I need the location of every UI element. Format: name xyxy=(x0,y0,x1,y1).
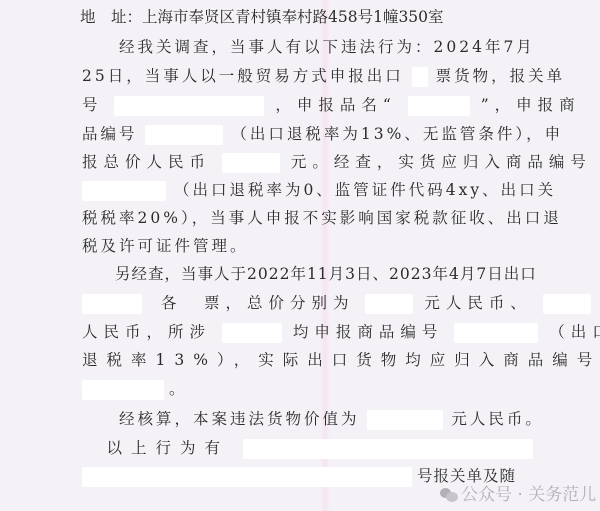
text: （出口 xyxy=(549,320,600,344)
paragraph-2-line-5: 。 xyxy=(82,377,184,401)
text: （出口退税率为0、监管证件代码4xy、出口关 xyxy=(174,178,556,202)
text: 报总价人民币 xyxy=(82,150,211,174)
redacted-amount xyxy=(543,294,591,314)
paragraph-1-line-4: 品编号 （出口退税率为13%、无监管条件），申 xyxy=(82,122,563,146)
address-text: 地 址：上海市奉贤区青村镇奉村路458号1幢350室 xyxy=(80,5,444,29)
paragraph-1-line-1: 经我关调查，当事人有以下违法行为：2024年7月 xyxy=(82,35,535,59)
text: 元。经查，实货应归入商品编号 xyxy=(291,150,592,174)
redacted-goods xyxy=(82,294,142,314)
paragraph-1-line-2: 25日，当事人以一般贸易方式申报出口 票货物，报关单 xyxy=(82,64,565,88)
paragraph-2-line-2: 各 票，总价分别为 元人民币、 元 xyxy=(82,291,600,315)
paragraph-3: 经核算，本案违法货物价值为 元人民币。 xyxy=(82,407,544,431)
paragraph-1-line-6: （出口退税率为0、监管证件代码4xy、出口关 xyxy=(82,178,556,202)
text: 人民币，所涉 xyxy=(82,320,211,344)
text: 税税率20%），当事人申报不实影响国家税款征收、出口退 xyxy=(82,206,562,230)
redacted-declaration-number xyxy=(114,96,264,116)
redacted-commodity-code xyxy=(454,323,538,343)
paragraph-4-line-1: 以上行为有 xyxy=(82,436,533,460)
text: 元人民币、 xyxy=(424,291,532,315)
text: 各 票，总价分别为 xyxy=(161,291,355,315)
text: 号 xyxy=(82,93,104,117)
redacted-text xyxy=(243,439,533,459)
redacted-goods xyxy=(222,323,282,343)
redacted-amount xyxy=(222,153,280,173)
redacted-amount xyxy=(365,294,413,314)
paragraph-2-line-1: 另经查，当事人于2022年11月3日、2023年4月7日出口 xyxy=(82,262,537,286)
redacted-product-name xyxy=(408,96,470,116)
watermark-text: 公众号 · 关务范儿 xyxy=(461,485,596,505)
address-line: 地 址：上海市奉贤区青村镇奉村路458号1幢350室 xyxy=(80,5,444,29)
text: ，申报品名“ xyxy=(275,93,396,117)
text: 25日，当事人以一般贸易方式申报出口 xyxy=(82,64,404,88)
paragraph-1-line-7: 税税率20%），当事人申报不实影响国家税款征收、出口退 xyxy=(82,206,562,230)
text: 元人民币。 xyxy=(451,407,544,431)
text: 税及许可证件管理。 xyxy=(82,234,249,258)
paragraph-2-line-3: 人民币，所涉 均申报商品编号 （出口 xyxy=(82,320,600,344)
text: 以上行为有 xyxy=(82,436,229,460)
redacted-block xyxy=(412,67,428,87)
paragraph-1-line-3: 号 ，申报品名“ ”，申报商 xyxy=(82,93,581,117)
paragraph-1-line-5: 报总价人民币 元。经查，实货应归入商品编号 xyxy=(82,150,592,174)
text: 均申报商品编号 xyxy=(293,320,444,344)
text: 票货物，报关单 xyxy=(436,64,566,88)
redacted-commodity-code xyxy=(145,125,223,145)
redacted-commodity-code xyxy=(82,181,166,201)
redacted-text xyxy=(82,467,412,487)
text: 品编号 xyxy=(82,122,138,146)
paragraph-2-line-4: 退税率13%），实际出口货物均应归入商品编号 xyxy=(82,348,600,372)
text: ”，申报商 xyxy=(481,93,581,117)
text: 经核算，本案违法货物价值为 xyxy=(82,407,360,431)
wechat-icon xyxy=(440,488,458,503)
redacted-commodity-code xyxy=(82,380,164,400)
text: （出口退税率为13%、无监管条件），申 xyxy=(231,122,563,146)
text: 退税率13%），实际出口货物均应归入商品编号 xyxy=(82,348,600,372)
redacted-amount xyxy=(367,410,443,430)
text: 另经查，当事人于2022年11月3日、2023年4月7日出口 xyxy=(82,262,537,286)
paragraph-1-line-8: 税及许可证件管理。 xyxy=(82,234,249,258)
watermark: 公众号 · 关务范儿 xyxy=(440,480,596,505)
text: 。 xyxy=(169,377,185,401)
text: 经我关调查，当事人有以下违法行为：2024年7月 xyxy=(82,35,535,59)
